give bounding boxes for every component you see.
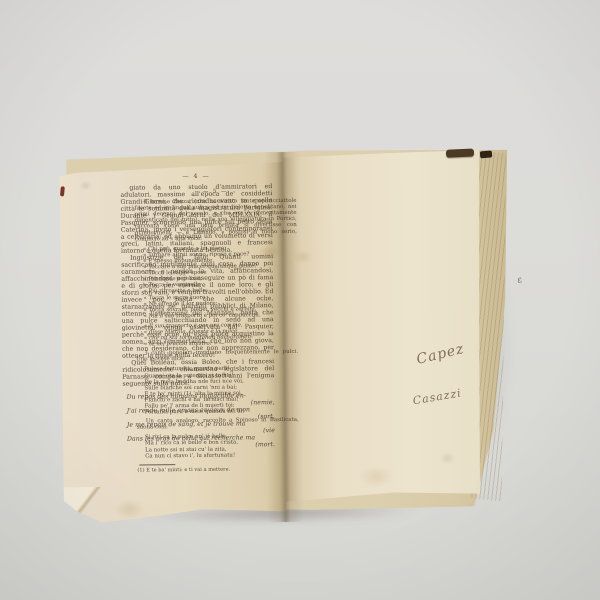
left-page-number: — 4 —	[120, 172, 272, 181]
right-page-text: — 5 — Il barone Zezza, (che ha scritto t…	[134, 188, 299, 474]
dialect-song-basilicata: Si rici ca la pulce nn' iè bello, Ma i' …	[145, 433, 299, 459]
riddle-line: « Ma il suo trasporto è poi co' cappucci…	[144, 312, 298, 320]
tear-mark	[446, 149, 474, 158]
right-page-number: — 5 —	[134, 188, 296, 196]
right-page	[282, 150, 484, 502]
footnote-rule	[139, 464, 175, 465]
photo-scene: — 4 — giato da uno stuolo d'ammiratori e…	[0, 0, 600, 600]
tear-mark-small	[480, 150, 493, 158]
song-line: Portanci puru a meie quandu nci'ai!	[145, 408, 299, 416]
riddle-verse: « Chi può, quando a lui piace, « Turbare…	[143, 245, 298, 320]
paragraph: Un canto analogo, raccolto a Spinoso in …	[137, 417, 299, 431]
mirtilla-quote: « Il suo trasporto è per ora con me, « d…	[144, 322, 298, 348]
open-book: — 4 — giato da uno stuolo d'ammiratori e…	[58, 150, 512, 537]
paragraph: Il barone Zezza, (che ha scritto tante o…	[134, 198, 296, 242]
dialect-song-leccese: Pulece fortunata, quanta pani! Quann' ot…	[144, 365, 299, 415]
quote-line: « te nel braccio sinistro! » —	[144, 340, 298, 348]
song-line: Ca nun ci stavo i', lu sfurtunatu!	[145, 452, 299, 460]
paragraph: I canti popolari invidiano frequentement…	[136, 349, 298, 363]
red-ink-speck	[60, 186, 65, 196]
dog-ear-fold	[62, 487, 110, 524]
